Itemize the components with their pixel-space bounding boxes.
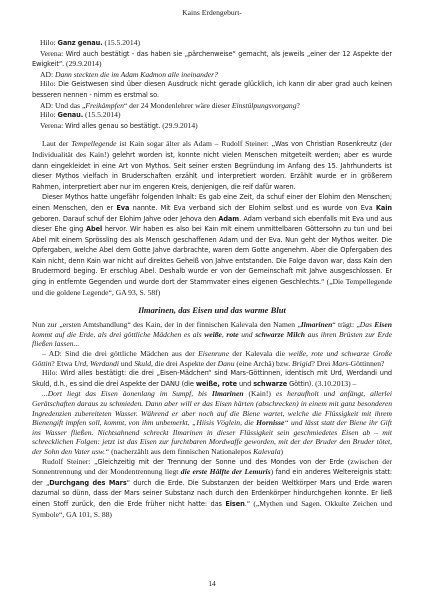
document-page: Kains Erdengeburt- Hilo: Ganz genau. (15… — [0, 0, 424, 600]
text-segment: Genau. — [58, 111, 84, 119]
text-segment: Skuld — [134, 359, 151, 368]
text-segment: (nacherzählt aus dem finnischen National… — [109, 447, 253, 456]
text-segment: Hilo: — [40, 38, 58, 47]
text-segment: kommt auf die Erde, als drei göttliche M… — [32, 330, 204, 339]
running-head: Kains Erdengeburt- — [32, 8, 392, 18]
text-segment: (15.5.2014) — [83, 110, 120, 119]
text-segment: – AD: Sind die drei göttliche Mädchen au… — [42, 349, 198, 358]
text-segment: Hilo: — [40, 110, 58, 119]
text-segment: ? — [297, 101, 300, 110]
text-segment: , die drei Aspekte der — [151, 359, 218, 368]
text-segment: Verena: — [40, 49, 66, 58]
text-segment: Das — [360, 320, 375, 329]
text-segment: Göttinnen? — [351, 359, 385, 368]
text-segment: Durchgang des Mars — [49, 479, 126, 487]
dialog-ad-2: AD: Und das „Freikämpfen“ der 24 Mondenl… — [32, 101, 392, 111]
text-segment: weiße — [204, 330, 222, 339]
text-segment: Eisen — [225, 500, 244, 508]
text-segment: Eisenrune — [198, 349, 229, 358]
text-segment: (3.10.2013) – — [313, 379, 356, 388]
dialog-hilo-3: Hilo: Genau. (15.5.2014) — [32, 110, 392, 121]
text-segment: ...Dort liegt das Eisen äonenlang im Sum… — [42, 389, 212, 398]
text-segment: ? Drei — [311, 359, 332, 368]
text-segment: (29.9.2014) — [64, 59, 101, 68]
paragraph-amtshandlung: Nun zur „ersten Amtshandlung“ des Kain, … — [32, 320, 392, 349]
dialog-verena-1: Verena: Wird auch bestätigt - das haben … — [32, 49, 392, 70]
text-segment: Brigid — [292, 359, 311, 368]
text-segment: Eisen — [374, 320, 392, 329]
page-number: 14 — [0, 579, 424, 588]
text-segment: Urd, Werdandi — [74, 359, 119, 368]
text-segment: der Kalevala die — [229, 349, 288, 358]
paragraph-mythos: Dieser Mythos hatte ungefähr folgenden I… — [32, 192, 392, 297]
text-segment: Rudolf Steiner: „ — [42, 457, 97, 466]
text-segment: weiße, rote — [196, 380, 237, 388]
text-segment: Die Geistwesen sind über diesen Ausdruck… — [32, 80, 392, 99]
page-body: Hilo: Ganz genau. (15.5.2014)Verena: Wir… — [32, 38, 392, 519]
dialog-hilo-1: Hilo: Ganz genau. (15.5.2014) — [32, 38, 392, 49]
text-segment: Kain — [376, 204, 392, 212]
text-segment: Laut der — [42, 139, 71, 148]
text-segment: und — [237, 380, 253, 388]
text-segment: und — [119, 359, 134, 368]
dialog-hilo-4: Hilo: Wird alles bestätigt: die drei „Ei… — [32, 368, 392, 389]
text-segment: und — [239, 330, 256, 339]
text-segment: “ der 24 Mondenlehrer wäre dieser — [124, 101, 232, 110]
text-segment: schwarze — [253, 380, 287, 388]
dialog-hilo-2: Hilo: Die Geistwesen sind über diesen Au… — [32, 79, 392, 100]
text-segment: geboren. Darauf schuf der Elohim Jahve o… — [32, 215, 218, 223]
text-segment: Gleichzeitig mit der Trennung der Sonne … — [97, 458, 347, 466]
paragraph-mars-durchgang: Rudolf Steiner: „Gleichzeitig mit der Tr… — [32, 457, 392, 520]
paragraph-tempellegende: Laut der Tempellegende ist Kain sogar äl… — [32, 139, 392, 192]
text-segment: (29.9.2014) — [160, 121, 197, 130]
paragraph-ad-eisenrune: – AD: Sind die drei göttliche Mädchen au… — [32, 349, 392, 368]
text-segment: AD: — [40, 70, 55, 79]
text-segment: Nun zur „ersten Amtshandlung“ des Kain, … — [32, 320, 301, 329]
section-heading: Ilmarinen, das Eisen und das warme Blut — [32, 305, 392, 315]
text-segment: “ trägt: „ — [332, 320, 359, 329]
text-segment: Ilmarinen — [301, 320, 333, 329]
text-segment: (Kain!) — [244, 389, 276, 398]
text-segment: Ilmarinen — [212, 389, 244, 398]
text-segment: Abel — [86, 225, 102, 233]
text-segment: ? Etwa — [51, 359, 74, 368]
text-segment: Freikämpfen — [85, 101, 124, 110]
text-segment: AD: Und das „ — [40, 101, 85, 110]
text-segment: (15.5.2014) — [103, 38, 140, 47]
text-segment: Ganz genau. — [58, 39, 103, 47]
text-segment: ist Kain sogar älter als Adam – Rudolf S… — [117, 139, 275, 148]
text-segment: Wird alles genau so bestätigt. — [65, 122, 160, 130]
text-segment: Mars- — [332, 359, 351, 368]
paragraph-kalevala-quote: ...Dort liegt das Eisen äonenlang im Sum… — [32, 389, 392, 456]
text-segment: schwarze Milch — [255, 330, 305, 339]
text-segment: Verena: — [40, 121, 65, 130]
dialog-ad-1: AD: Dann steckten die im Adam Kadmon all… — [32, 70, 392, 80]
text-segment: Göttin). — [287, 380, 313, 388]
text-segment: (eine Archä) bzw. — [235, 359, 293, 368]
text-segment: Hornisse — [256, 418, 284, 427]
text-segment: Dann steckten die im Adam Kadmon alle in… — [55, 70, 218, 79]
text-segment: rote — [226, 330, 238, 339]
text-segment: Danu — [218, 359, 235, 368]
text-segment: Kalevala — [253, 447, 280, 456]
text-segment: die erste Hälfte der Lemuris — [181, 467, 271, 476]
text-segment: ) — [281, 447, 284, 456]
text-segment: nannte. Mit Eva verband sich der Elohim … — [129, 204, 376, 212]
text-segment: Was von Christian Rosenkreutz — [275, 140, 380, 148]
text-segment: Tempellegende — [71, 139, 116, 148]
text-segment: Eva — [116, 204, 129, 212]
text-segment: Hilo: — [40, 79, 58, 88]
text-segment: Adam — [218, 215, 239, 223]
text-segment: Hilo: — [42, 368, 60, 377]
text-segment: Einstülpungsvorgang — [232, 101, 297, 110]
text-segment: Ilmarinen, das Eisen und das warme Blut — [138, 305, 286, 315]
dialog-verena-2: Verena: Wird alles genau so bestätigt. (… — [32, 121, 392, 132]
